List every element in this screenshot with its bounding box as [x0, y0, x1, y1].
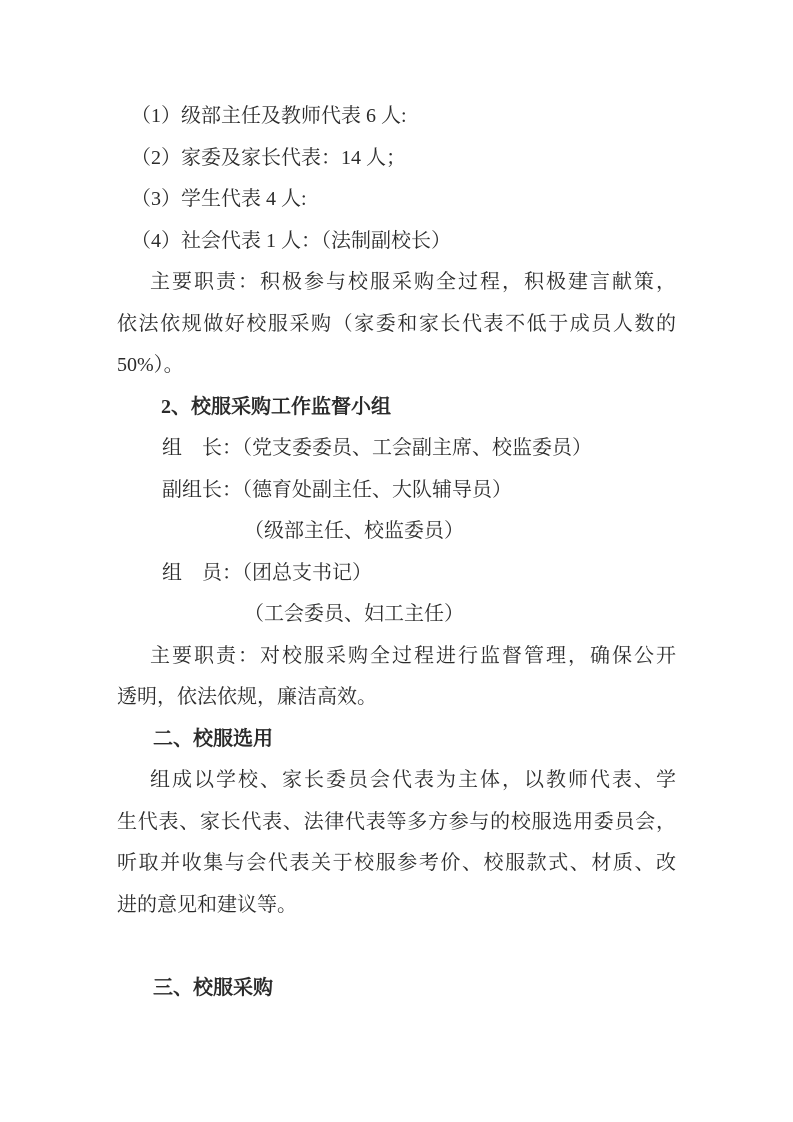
role-line: 副组长：（德育处副主任、大队辅导员）: [117, 470, 676, 512]
list-item-line: （2）家委及家长代表：14 人；: [117, 138, 676, 180]
section-heading: 三、校服采购: [117, 968, 676, 1010]
role-line: 组 长：（党支委委员、工会副主席、校监委员）: [117, 428, 676, 470]
paragraph-line: 进的意见和建议等。: [117, 885, 676, 927]
document-page: （1）级部主任及教师代表 6 人:（2）家委及家长代表：14 人；（3）学生代表…: [0, 0, 793, 1122]
paragraph-line: 组成以学校、家长委员会代表为主体，以教师代表、学: [117, 760, 676, 802]
role-line: 组 员：（团总支书记）: [117, 553, 676, 595]
list-item-line: （3）学生代表 4 人:: [117, 179, 676, 221]
section-heading: 2、校服采购工作监督小组: [117, 387, 676, 429]
blank-line: [117, 926, 676, 968]
paragraph-line: 50%）。: [117, 345, 676, 387]
paragraph-line: 依法依规做好校服采购（家委和家长代表不低于成员人数的: [117, 304, 676, 346]
document-content: （1）级部主任及教师代表 6 人:（2）家委及家长代表：14 人；（3）学生代表…: [117, 96, 676, 1009]
paragraph-line: 主要职责：积极参与校服采购全过程，积极建言献策，: [117, 262, 676, 304]
list-item-line: （1）级部主任及教师代表 6 人:: [117, 96, 676, 138]
section-heading: 二、校服选用: [117, 719, 676, 761]
paragraph-line: 主要职责：对校服采购全过程进行监督管理，确保公开: [117, 636, 676, 678]
role-line: （级部主任、校监委员）: [117, 511, 676, 553]
paragraph-line: 生代表、家长代表、法律代表等多方参与的校服选用委员会，: [117, 802, 676, 844]
paragraph-line: 透明，依法依规，廉洁高效。: [117, 677, 676, 719]
paragraph-line: 听取并收集与会代表关于校服参考价、校服款式、材质、改: [117, 843, 676, 885]
role-line: （工会委员、妇工主任）: [117, 594, 676, 636]
list-item-line: （4）社会代表 1 人：（法制副校长）: [117, 221, 676, 263]
